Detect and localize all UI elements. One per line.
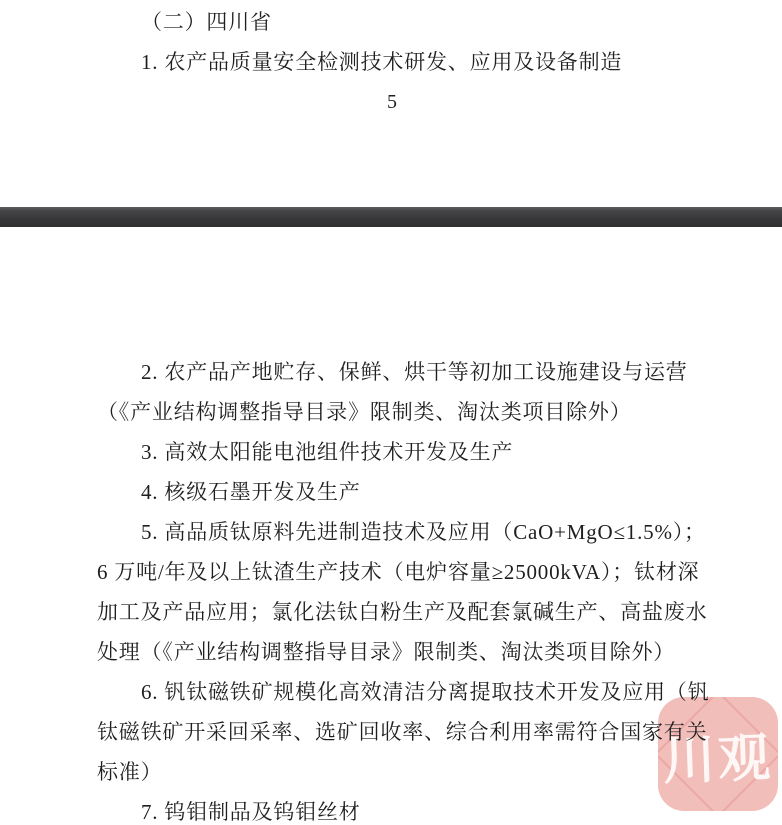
list-item-2-line-1: 2. 农产品产地贮存、保鲜、烘干等初加工设施建设与运营 bbox=[97, 352, 687, 392]
list-item-5-line-4: 处理（《产业结构调整指导目录》限制类、淘汰类项目除外） bbox=[97, 632, 687, 672]
page-number: 5 bbox=[97, 82, 687, 122]
list-item-5-line-3: 加工及产品应用；氯化法钛白粉生产及配套氯碱生产、高盐废水 bbox=[97, 592, 687, 632]
page-separator-bar bbox=[0, 207, 782, 227]
page-5-bottom: （二）四川省 1. 农产品质量安全检测技术研发、应用及设备制造 5 bbox=[97, 2, 687, 122]
page-6-top: 2. 农产品产地贮存、保鲜、烘干等初加工设施建设与运营 （《产业结构调整指导目录… bbox=[97, 352, 687, 825]
list-item-4: 4. 核级石墨开发及生产 bbox=[97, 472, 687, 512]
list-item-2-line-2: （《产业结构调整指导目录》限制类、淘汰类项目除外） bbox=[97, 392, 687, 432]
list-item-6-line-3: 标准） bbox=[97, 752, 687, 792]
list-item-6-line-2: 钛磁铁矿开采回采率、选矿回收率、综合利用率需符合国家有关 bbox=[97, 712, 687, 752]
list-item-3: 3. 高效太阳能电池组件技术开发及生产 bbox=[97, 432, 687, 472]
document-viewer[interactable]: （二）四川省 1. 农产品质量安全检测技术研发、应用及设备制造 5 2. 农产品… bbox=[0, 0, 782, 825]
section-heading: （二）四川省 bbox=[97, 2, 687, 42]
list-item-7: 7. 钨钼制品及钨钼丝材 bbox=[97, 792, 687, 825]
list-item-5-line-2: 6 万吨/年及以上钛渣生产技术（电炉容量≥25000kVA）；钛材深 bbox=[97, 552, 687, 592]
list-item-1: 1. 农产品质量安全检测技术研发、应用及设备制造 bbox=[97, 42, 687, 82]
list-item-6-line-1: 6. 钒钛磁铁矿规模化高效清洁分离提取技术开发及应用（钒 bbox=[97, 672, 687, 712]
list-item-5-line-1: 5. 高品质钛原料先进制造技术及应用（CaO+MgO≤1.5%）； bbox=[97, 512, 687, 552]
